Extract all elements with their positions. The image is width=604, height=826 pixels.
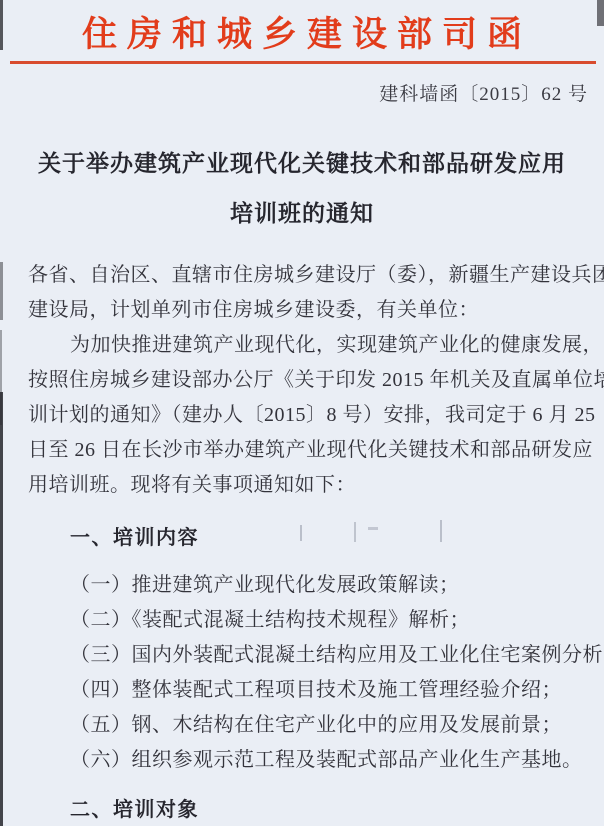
addressee-line: 建设局，计划单列市住房城乡建设委，有关单位： bbox=[28, 293, 594, 328]
letterhead-title: 住房和城乡建设部司函 bbox=[0, 13, 604, 57]
scan-edge-artifact bbox=[0, 330, 2, 425]
document-number: 建科墙函〔2015〕62 号 bbox=[0, 84, 588, 106]
document-title: 关于举办建筑产业现代化关键技术和部品研发应用 培训班的通知 bbox=[0, 138, 604, 238]
paragraph-line: 按照住房城乡建设部办公厅《关于印发 2015 年机关及直属单位培 bbox=[28, 363, 594, 398]
paragraph-line: 日至 26 日在长沙市举办建筑产业现代化关键技术和部品研发应 bbox=[28, 433, 594, 468]
list-item: （五）钢、木结构在住宅产业化中的应用及发展前景； bbox=[28, 708, 594, 743]
addressee-line: 各省、自治区、直辖市住房城乡建设厅（委），新疆生产建设兵团 bbox=[28, 258, 594, 293]
document-title-line: 关于举办建筑产业现代化关键技术和部品研发应用 bbox=[0, 138, 604, 188]
paragraph-line: 用培训班。现将有关事项通知如下： bbox=[28, 468, 594, 503]
list-item: （一）推进建筑产业现代化发展政策解读； bbox=[28, 568, 594, 603]
document-title-line: 培训班的通知 bbox=[0, 188, 604, 238]
list-item: （六）组织参观示范工程及装配式部品产业化生产基地。 bbox=[28, 743, 594, 778]
scanned-document-page: 住房和城乡建设部司函 建科墙函〔2015〕62 号 关于举办建筑产业现代化关键技… bbox=[0, 0, 604, 826]
list-item: （二）《装配式混凝土结构技术规程》解析； bbox=[28, 603, 594, 638]
section-heading-training-content: 一、培训内容 bbox=[28, 521, 594, 556]
document-body: 各省、自治区、直辖市住房城乡建设厅（委），新疆生产建设兵团 建设局，计划单列市住… bbox=[28, 258, 594, 826]
paragraph-line: 为加快推进建筑产业现代化，实现建筑产业化的健康发展， bbox=[28, 328, 594, 363]
training-content-list: （一）推进建筑产业现代化发展政策解读； （二）《装配式混凝土结构技术规程》解析；… bbox=[28, 568, 594, 778]
scan-edge-artifact bbox=[0, 392, 3, 826]
red-divider-line bbox=[10, 61, 596, 64]
section-heading-training-audience: 二、培训对象 bbox=[28, 793, 594, 826]
list-item: （四）整体装配式工程项目技术及施工管理经验介绍； bbox=[28, 673, 594, 708]
list-item: （三）国内外装配式混凝土结构应用及工业化住宅案例分析； bbox=[28, 638, 594, 673]
paragraph-line: 训计划的通知》（建办人〔2015〕8 号）安排，我司定于 6 月 25 bbox=[28, 398, 594, 433]
scan-edge-artifact bbox=[0, 262, 3, 320]
